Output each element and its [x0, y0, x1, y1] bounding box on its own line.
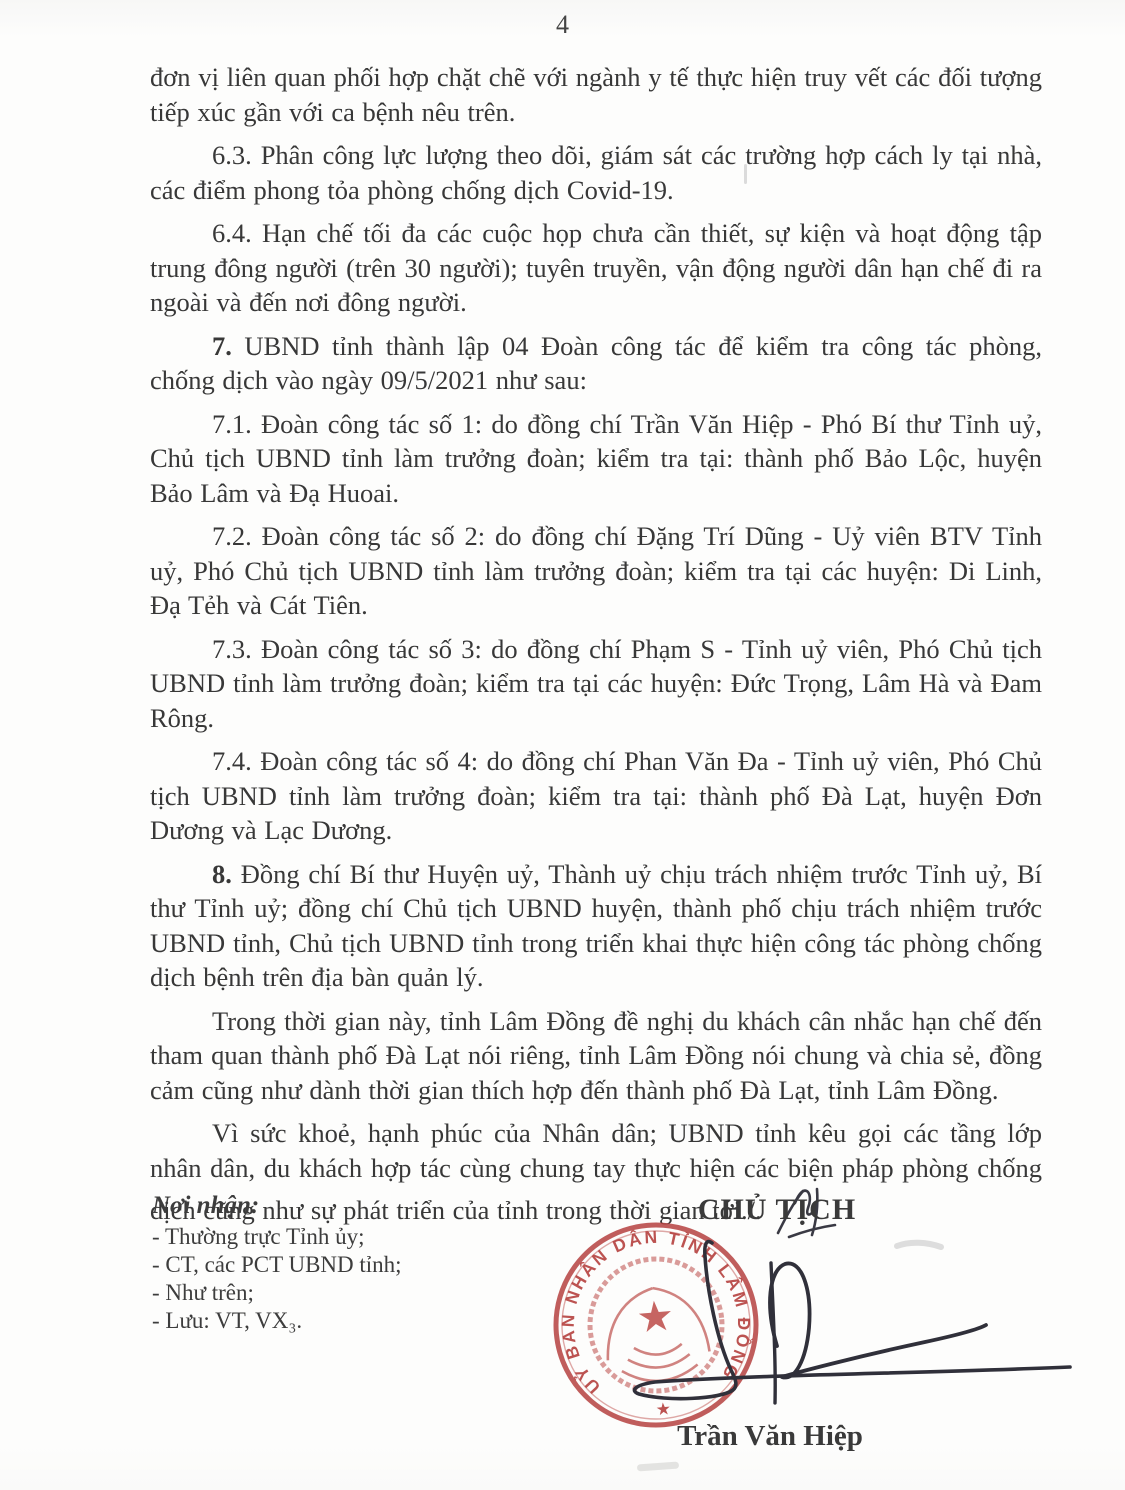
recipient-line: - Thường trực Tỉnh ủy;: [152, 1223, 402, 1251]
signer-name: Trần Văn Hiệp: [630, 1420, 910, 1453]
handwritten-signature: [605, 1230, 1085, 1415]
paragraph: 7.1. Đoàn công tác số 1: do đồng chí Trầ…: [150, 407, 1042, 511]
paragraph: 7.3. Đoàn công tác số 3: do đồng chí Phạ…: [150, 632, 1042, 736]
recipients-title: Nơi nhận:: [152, 1192, 402, 1220]
paragraph: 7.2. Đoàn công tác số 2: do đồng chí Đặn…: [150, 519, 1042, 623]
page-number: 4: [0, 10, 1125, 40]
paragraph: 7.4. Đoàn công tác số 4: do đồng chí Pha…: [150, 744, 1042, 848]
document-body: đơn vị liên quan phối hợp chặt chẽ với n…: [150, 60, 1042, 1248]
paragraph: Trong thời gian này, tỉnh Lâm Đồng đề ng…: [150, 1004, 1042, 1108]
paragraph: 8. Đồng chí Bí thư Huyện uỷ, Thành uỷ ch…: [150, 857, 1042, 995]
paragraph: 6.4. Hạn chế tối đa các cuộc họp chưa cầ…: [150, 216, 1042, 320]
paragraph: 6.3. Phân công lực lượng theo dõi, giám …: [150, 138, 1042, 207]
recipients-list: - Thường trực Tỉnh ủy;- CT, các PCT UBND…: [152, 1223, 402, 1335]
recipients-block: Nơi nhận: - Thường trực Tỉnh ủy;- CT, cá…: [152, 1192, 402, 1335]
document-page: 4 đơn vị liên quan phối hợp chặt chẽ với…: [0, 0, 1125, 1490]
recipient-line: - CT, các PCT UBND tỉnh;: [152, 1251, 402, 1279]
paragraph: đơn vị liên quan phối hợp chặt chẽ với n…: [150, 60, 1042, 129]
scan-smudge: [637, 1462, 679, 1472]
recipient-line: - Lưu: VT, VX₃.: [152, 1307, 402, 1335]
paragraph-number: 8.: [212, 859, 232, 889]
paragraph: 7. UBND tỉnh thành lập 04 Đoàn công tác …: [150, 329, 1042, 398]
recipient-line: - Như trên;: [152, 1279, 402, 1307]
paragraph-number: 7.: [212, 331, 232, 361]
